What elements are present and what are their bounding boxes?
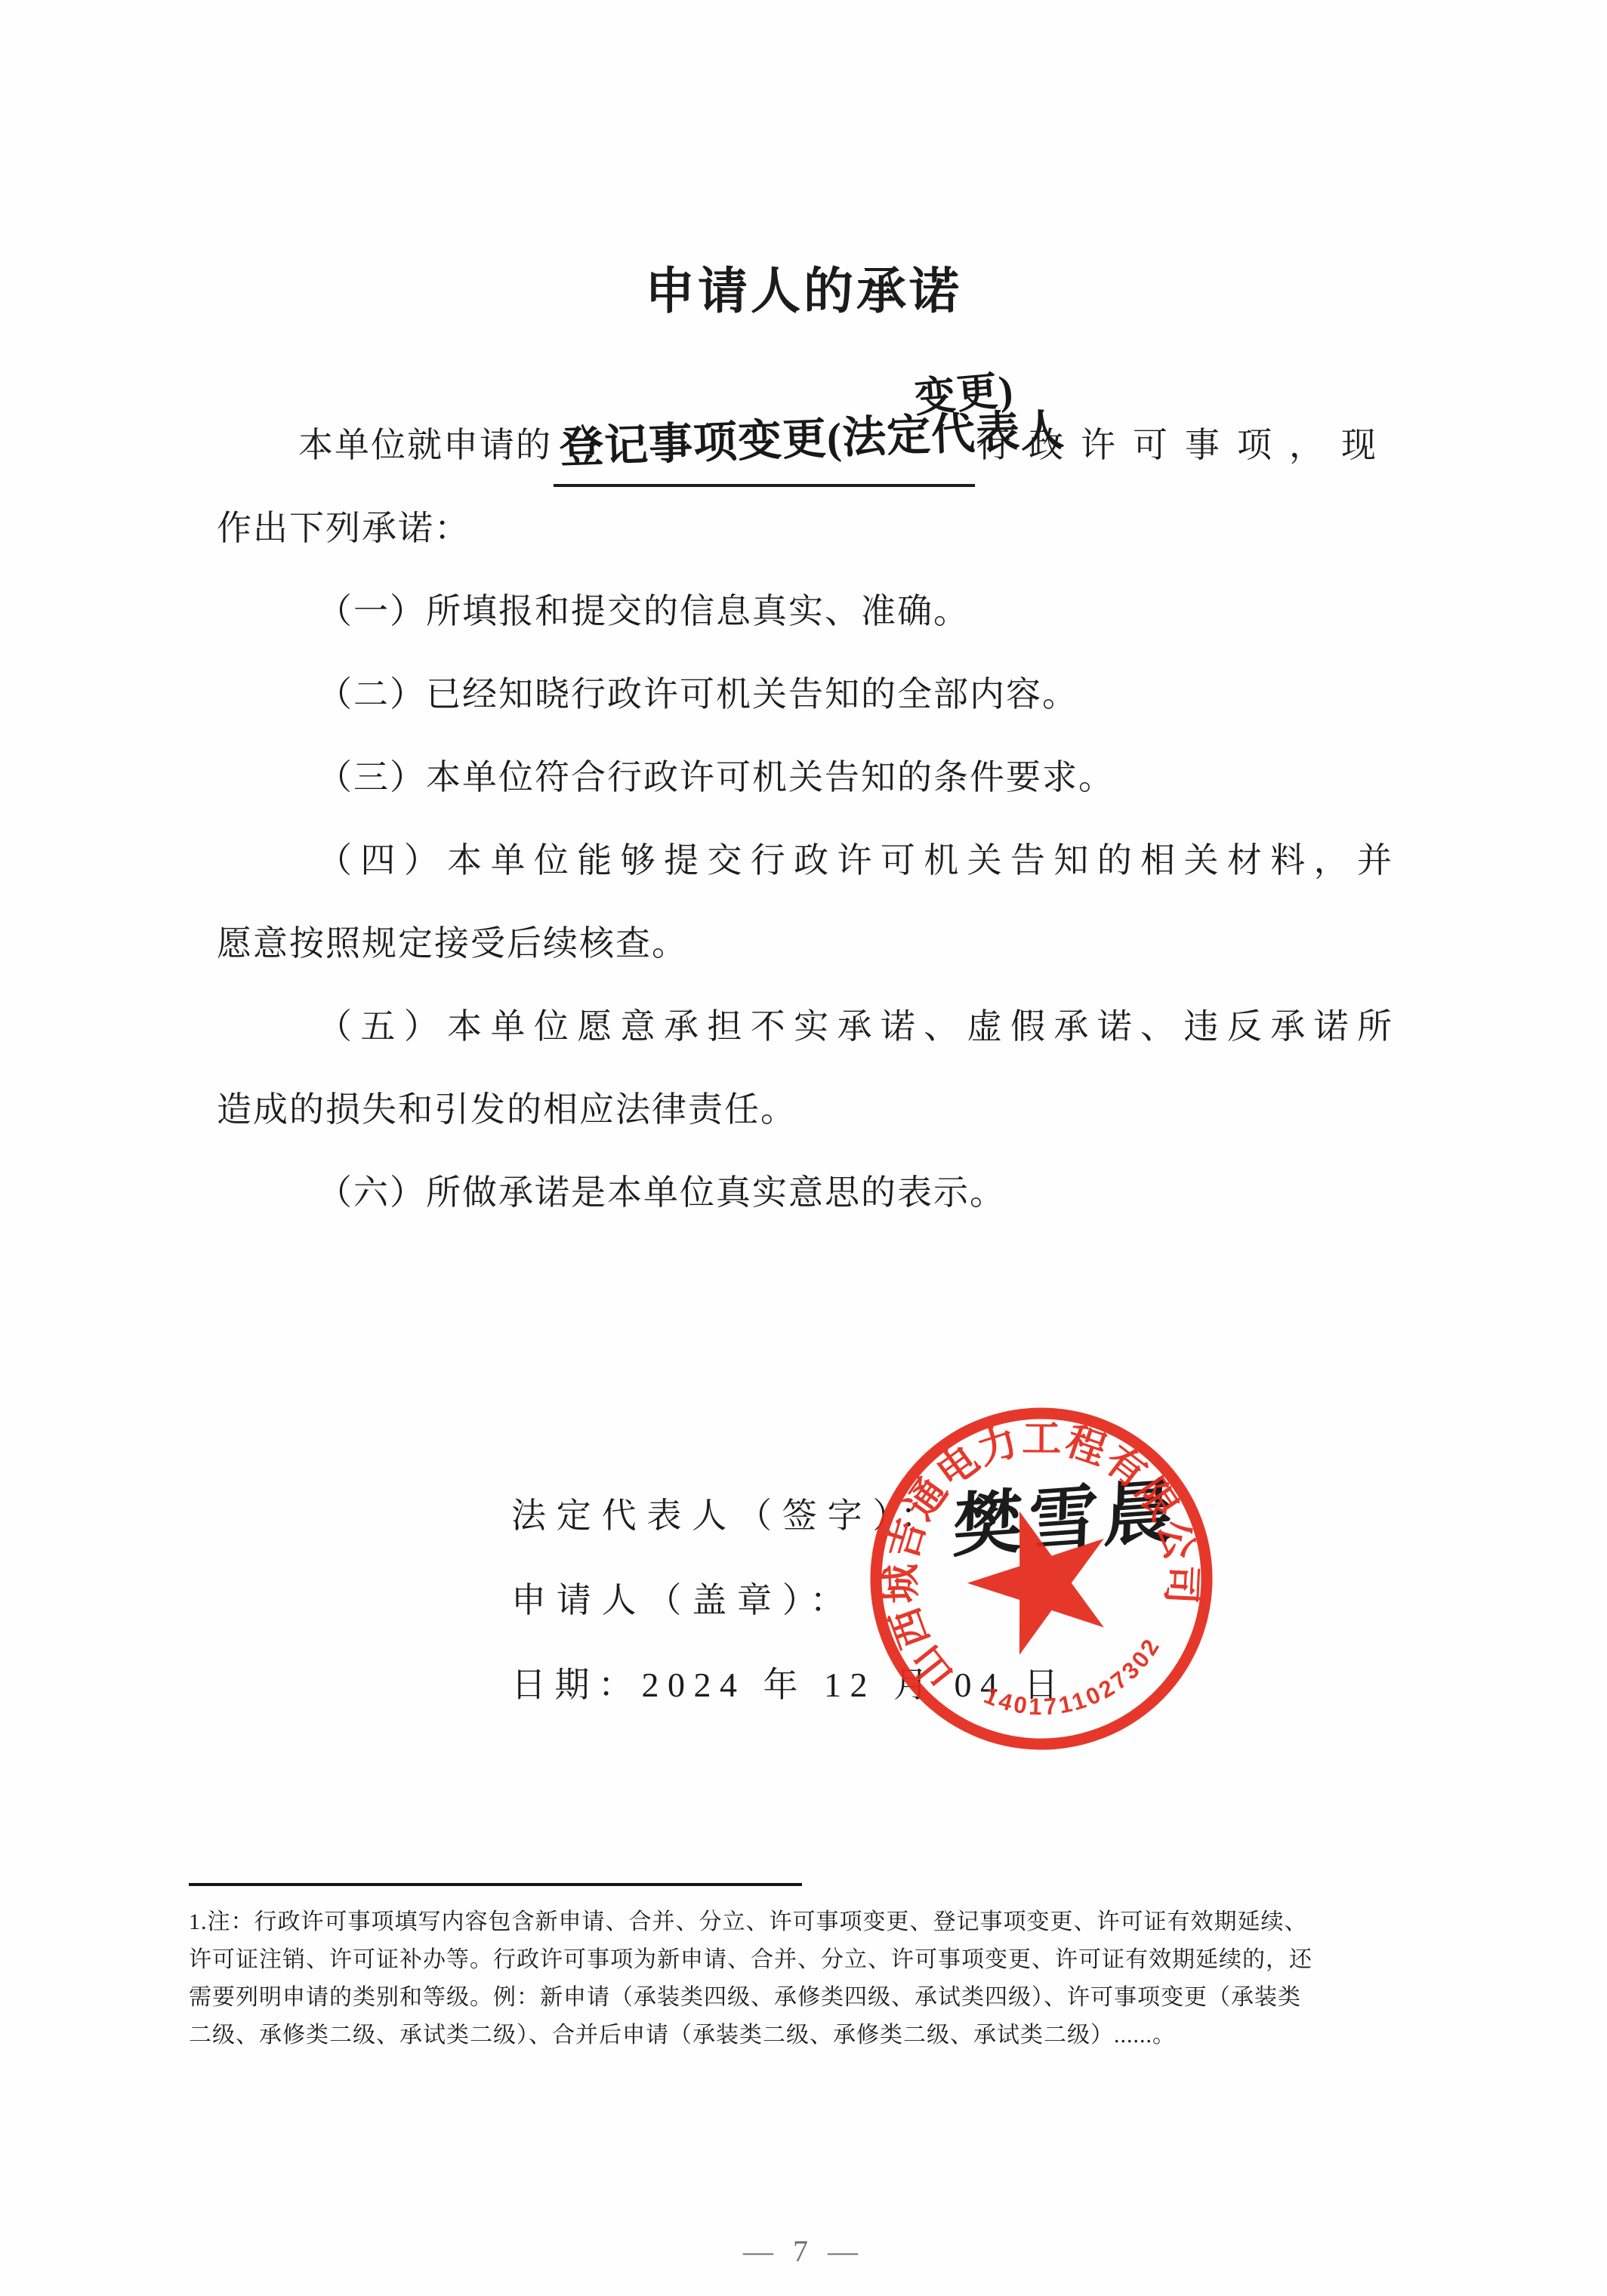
fill-in-blank-underline: 登记事项变更(法定代表人 变更) xyxy=(554,404,975,487)
footnote-line-4: 二级、承修类二级、承试类二级）、合并后申请（承装类二级、承修类二级、承试类二级）… xyxy=(189,2017,1473,2054)
page-number: — 7 — xyxy=(0,2233,1607,2269)
company-seal: 山西城吉通电力工程有限公司 1401711027302 xyxy=(819,1357,1263,1800)
commitment-item-1: （一）所填报和提交的信息真实、准确。 xyxy=(217,570,1393,653)
commitment-item-4: （四）本单位能够提交行政许可机关告知的相关材料，并 xyxy=(217,819,1393,902)
footnote-line-2: 许可证注销、许可证补办等。行政许可事项为新申请、合并、分立、许可事项变更、许可证… xyxy=(189,1941,1473,1979)
commitment-item-3: （三）本单位符合行政许可机关告知的条件要求。 xyxy=(217,736,1393,819)
body-line: 作出下列承诺： xyxy=(217,487,1393,570)
commitment-item-5-continued: 造成的损失和引发的相应法律责任。 xyxy=(217,1068,1393,1151)
commitment-item-6: （六）所做承诺是本单位真实意思的表示。 xyxy=(217,1151,1393,1234)
handwritten-insert: 变更) xyxy=(911,348,1017,439)
footnote-line-3: 需要列明申请的类别和等级。例：新申请（承装类四级、承修类四级、承试类四级）、许可… xyxy=(189,1979,1473,2017)
commitment-item-5: （五）本单位愿意承担不实承诺、虚假承诺、违反承诺所 xyxy=(217,985,1393,1068)
document-page: 申请人的承诺 本单位就申请的 登记事项变更(法定代表人 变更) 行政许可事项，现… xyxy=(0,0,1607,2296)
commitment-item-2: （二）已经知晓行政许可机关告知的全部内容。 xyxy=(217,653,1393,736)
paragraph-application: 本单位就申请的 登记事项变更(法定代表人 变更) 行政许可事项，现 xyxy=(217,404,1393,487)
seal-serial-number: 1401711027302 xyxy=(974,1627,1178,1743)
body-text: 本单位就申请的 登记事项变更(法定代表人 变更) 行政许可事项，现 作出下列承诺… xyxy=(217,404,1393,1234)
footnote-divider xyxy=(189,1883,802,1886)
footnote-line-1: 1.注：行政许可事项填写内容包含新申请、合并、分立、许可事项变更、登记事项变更、… xyxy=(189,1903,1473,1941)
red-star-icon xyxy=(952,1489,1130,1663)
page-title: 申请人的承诺 xyxy=(0,251,1607,322)
svg-text:1401711027302: 1401711027302 xyxy=(974,1627,1178,1743)
commitment-item-4-continued: 愿意按照规定接受后续核查。 xyxy=(217,902,1393,985)
paragraph-prefix: 本单位就申请的 xyxy=(217,404,552,487)
footnote: 1.注：行政许可事项填写内容包含新申请、合并、分立、许可事项变更、登记事项变更、… xyxy=(189,1903,1473,2054)
